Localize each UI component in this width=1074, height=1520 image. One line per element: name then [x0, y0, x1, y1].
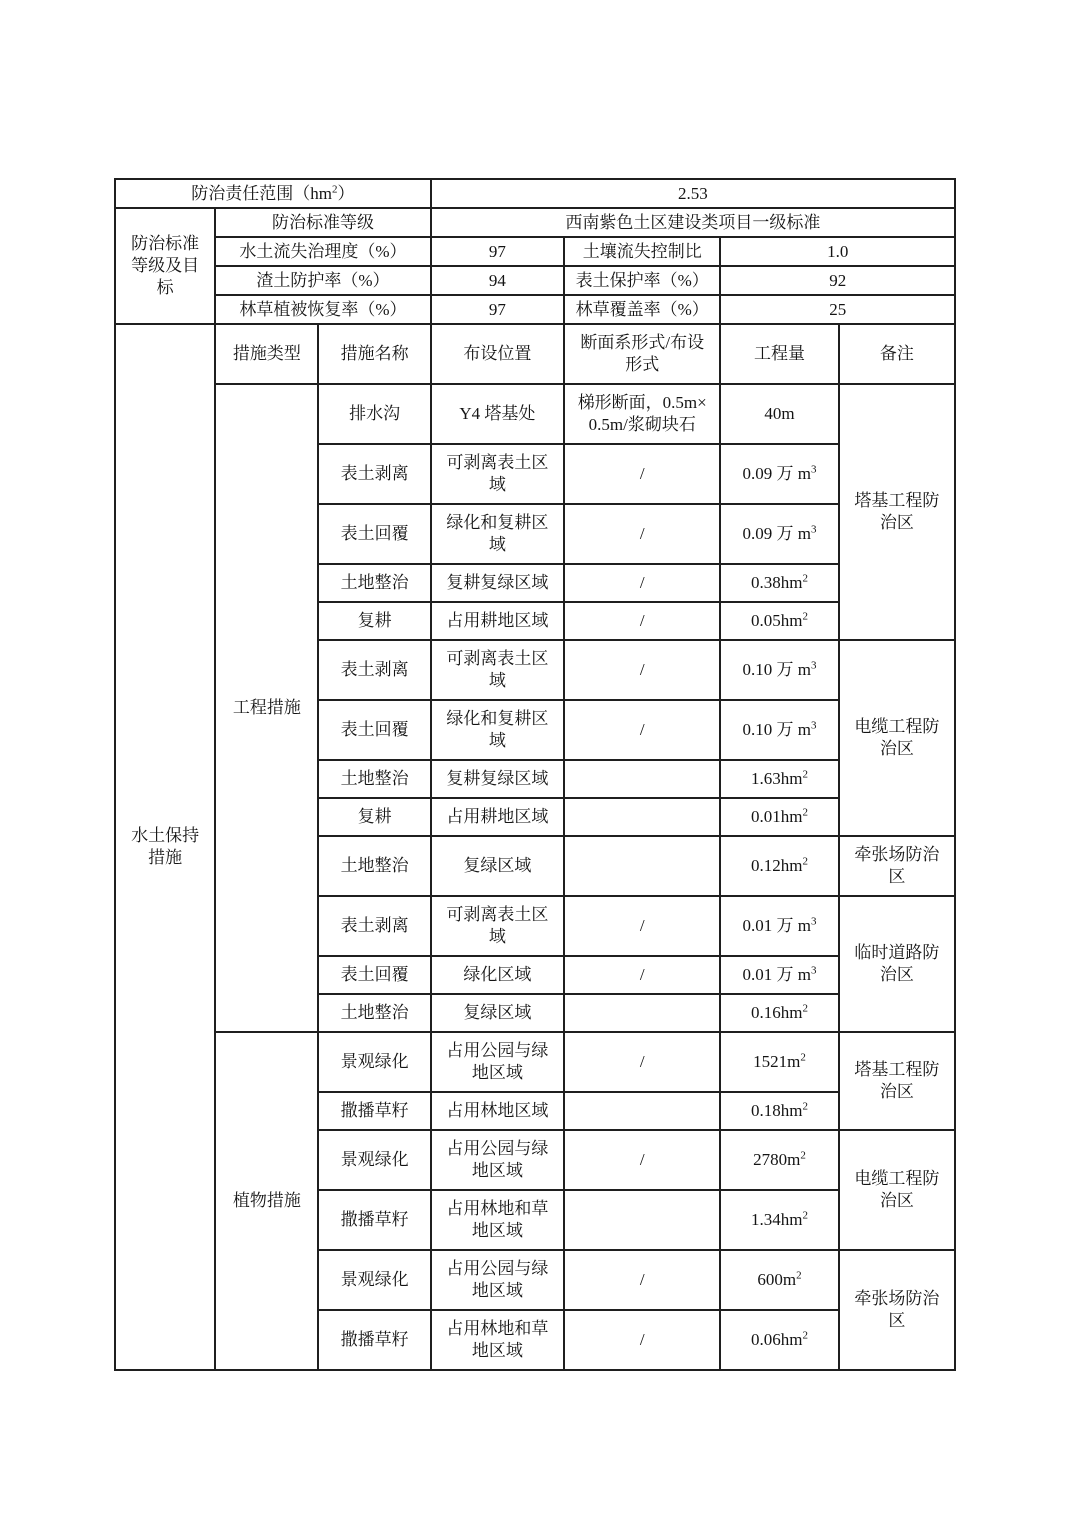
measure-name-cell: 土地整治 — [318, 836, 430, 896]
spoil-protection-label: 渣土防护率（%） — [215, 266, 431, 295]
zone-note-cell: 塔基工程防治区 — [839, 384, 955, 640]
quantity-value: 0.01 万 m — [743, 965, 811, 984]
soil-measures-label: 水土保持措施 — [115, 324, 215, 1370]
measure-form-cell — [564, 1092, 720, 1130]
measure-quantity-cell: 0.06hm2 — [720, 1310, 838, 1370]
measure-name-cell: 表土回覆 — [318, 956, 430, 994]
measure-location-cell: 可剥离表土区域 — [431, 640, 564, 700]
quantity-value: 1521m — [753, 1052, 800, 1071]
responsibility-scope-label: 防治责任范围（hm2） — [115, 179, 431, 208]
topsoil-protection-label: 表土保护率（%） — [564, 266, 720, 295]
quantity-unit-sup: 3 — [811, 719, 817, 731]
erosion-control-value: 97 — [431, 237, 564, 266]
measure-location-cell: 复绿区域 — [431, 994, 564, 1032]
erosion-control-label: 水土流失治理度（%） — [215, 237, 431, 266]
measure-name-cell: 复耕 — [318, 798, 430, 836]
spoil-protection-value: 94 — [431, 266, 564, 295]
quantity-unit-sup: 3 — [811, 659, 817, 671]
zone-note-cell: 临时道路防治区 — [839, 896, 955, 1032]
zone-note-cell: 电缆工程防治区 — [839, 1130, 955, 1250]
measure-location-cell: 复耕复绿区域 — [431, 760, 564, 798]
quantity-unit-sup: 2 — [803, 1209, 809, 1221]
measure-quantity-cell: 1521m2 — [720, 1032, 838, 1092]
measure-form-cell: / — [564, 896, 720, 956]
zone-note-cell: 牵张场防治区 — [839, 1250, 955, 1370]
measure-form-cell: / — [564, 504, 720, 564]
measure-location-cell: 绿化和复耕区域 — [431, 700, 564, 760]
measure-form-cell: 梯形断面，0.5m×0.5m/浆砌块石 — [564, 384, 720, 444]
measure-quantity-cell: 600m2 — [720, 1250, 838, 1310]
quantity-value: 0.06hm — [751, 1330, 802, 1349]
measure-location-cell: 占用公园与绿地区域 — [431, 1032, 564, 1092]
measure-form-cell: / — [564, 444, 720, 504]
quantity-unit-sup: 3 — [811, 463, 817, 475]
measure-name-cell: 景观绿化 — [318, 1250, 430, 1310]
measure-quantity-cell: 0.16hm2 — [720, 994, 838, 1032]
vegetation-recovery-label: 林草植被恢复率（%） — [215, 295, 431, 324]
quantity-unit-sup: 2 — [800, 1149, 806, 1161]
quantity-value: 0.10 万 m — [743, 660, 811, 679]
quantity-unit-sup: 2 — [803, 1100, 809, 1112]
measure-location-cell: 可剥离表土区域 — [431, 444, 564, 504]
topsoil-protection-value: 92 — [720, 266, 955, 295]
measure-form-cell: / — [564, 564, 720, 602]
header-location: 布设位置 — [431, 324, 564, 384]
header-section-form: 断面系形式/布设形式 — [564, 324, 720, 384]
measure-name-cell: 土地整治 — [318, 994, 430, 1032]
measure-form-cell: / — [564, 602, 720, 640]
measure-quantity-cell: 1.34hm2 — [720, 1190, 838, 1250]
soil-loss-ratio-value: 1.0 — [720, 237, 955, 266]
measure-form-cell — [564, 836, 720, 896]
row-standard-grade: 防治标准等级及目标 防治标准等级 西南紫色土区建设类项目一级标准 — [115, 208, 955, 237]
measure-location-cell: 可剥离表土区域 — [431, 896, 564, 956]
quantity-unit-sup: 2 — [803, 1329, 809, 1341]
measure-location-cell: 占用林地区域 — [431, 1092, 564, 1130]
measure-name-cell: 撒播草籽 — [318, 1310, 430, 1370]
measure-quantity-cell: 0.01 万 m3 — [720, 956, 838, 994]
quantity-value: 0.05hm — [751, 611, 802, 630]
measure-name-cell: 撒播草籽 — [318, 1190, 430, 1250]
quantity-value: 0.09 万 m — [743, 524, 811, 543]
measure-quantity-cell: 0.05hm2 — [720, 602, 838, 640]
measure-form-cell: / — [564, 1310, 720, 1370]
quantity-unit-sup: 2 — [803, 855, 809, 867]
standard-grade-target-label: 防治标准等级及目标 — [115, 208, 215, 324]
measure-location-cell: 复耕复绿区域 — [431, 564, 564, 602]
zone-note-cell: 塔基工程防治区 — [839, 1032, 955, 1130]
measure-location-cell: 占用林地和草地区域 — [431, 1310, 564, 1370]
measure-name-cell: 表土剥离 — [318, 640, 430, 700]
quantity-value: 1.34hm — [751, 1210, 802, 1229]
measure-quantity-cell: 1.63hm2 — [720, 760, 838, 798]
measure-quantity-cell: 40m — [720, 384, 838, 444]
measure-location-cell: 占用公园与绿地区域 — [431, 1250, 564, 1310]
measure-name-cell: 土地整治 — [318, 564, 430, 602]
measure-location-cell: 占用公园与绿地区域 — [431, 1130, 564, 1190]
measure-form-cell — [564, 994, 720, 1032]
quantity-unit-sup: 2 — [803, 806, 809, 818]
measure-form-cell: / — [564, 1032, 720, 1092]
measure-name-cell: 土地整治 — [318, 760, 430, 798]
measure-quantity-cell: 0.38hm2 — [720, 564, 838, 602]
quantity-unit-sup: 2 — [803, 1002, 809, 1014]
measure-quantity-cell: 0.09 万 m3 — [720, 504, 838, 564]
quantity-unit-sup: 3 — [811, 915, 817, 927]
row-spoil-protection: 渣土防护率（%） 94 表土保护率（%） 92 — [115, 266, 955, 295]
quantity-value: 0.10 万 m — [743, 720, 811, 739]
quantity-value: 0.16hm — [751, 1003, 802, 1022]
measure-form-cell — [564, 798, 720, 836]
measure-quantity-cell: 0.01hm2 — [720, 798, 838, 836]
vegetation-recovery-value: 97 — [431, 295, 564, 324]
measure-location-cell: 占用耕地区域 — [431, 602, 564, 640]
vegetation-coverage-value: 25 — [720, 295, 955, 324]
header-quantity: 工程量 — [720, 324, 838, 384]
responsibility-scope-value: 2.53 — [431, 179, 955, 208]
measures-header-row: 水土保持措施 措施类型 措施名称 布设位置 断面系形式/布设形式 工程量 备注 — [115, 324, 955, 384]
table-body: 防治责任范围（hm2） 2.53 防治标准等级及目标 防治标准等级 西南紫色土区… — [115, 179, 955, 1370]
measure-form-cell: / — [564, 956, 720, 994]
measure-form-cell — [564, 1190, 720, 1250]
quantity-value: 0.38hm — [751, 573, 802, 592]
measure-form-cell: / — [564, 640, 720, 700]
quantity-value: 600m — [757, 1270, 796, 1289]
header-measure-name: 措施名称 — [318, 324, 430, 384]
quantity-value: 2780m — [753, 1150, 800, 1169]
measure-form-cell: / — [564, 700, 720, 760]
responsibility-scope-label-close: ） — [337, 184, 354, 203]
measure-form-cell — [564, 760, 720, 798]
measure-name-cell: 撒播草籽 — [318, 1092, 430, 1130]
row-vegetation-recovery: 林草植被恢复率（%） 97 林草覆盖率（%） 25 — [115, 295, 955, 324]
quantity-unit-sup: 2 — [796, 1269, 802, 1281]
quantity-value: 0.12hm — [751, 856, 802, 875]
zone-note-cell: 牵张场防治区 — [839, 836, 955, 896]
standard-grade-label: 防治标准等级 — [215, 208, 431, 237]
row-erosion-control: 水土流失治理度（%） 97 土壤流失控制比 1.0 — [115, 237, 955, 266]
measure-row: 工程措施排水沟Y4 塔基处梯形断面，0.5m×0.5m/浆砌块石40m塔基工程防… — [115, 384, 955, 444]
measure-quantity-cell: 0.10 万 m3 — [720, 700, 838, 760]
header-remark: 备注 — [839, 324, 955, 384]
document-page: 防治责任范围（hm2） 2.53 防治标准等级及目标 防治标准等级 西南紫色土区… — [0, 0, 1074, 1520]
row-responsibility-scope: 防治责任范围（hm2） 2.53 — [115, 179, 955, 208]
measure-quantity-cell: 2780m2 — [720, 1130, 838, 1190]
quantity-unit-sup: 2 — [803, 610, 809, 622]
measure-type-cell: 植物措施 — [215, 1032, 318, 1370]
measure-name-cell: 排水沟 — [318, 384, 430, 444]
quantity-value: 0.01hm — [751, 807, 802, 826]
soil-loss-ratio-label: 土壤流失控制比 — [564, 237, 720, 266]
measure-quantity-cell: 0.09 万 m3 — [720, 444, 838, 504]
measure-location-cell: 占用耕地区域 — [431, 798, 564, 836]
measure-location-cell: 复绿区域 — [431, 836, 564, 896]
measure-form-cell: / — [564, 1250, 720, 1310]
quantity-unit-sup: 2 — [803, 572, 809, 584]
measure-location-cell: 绿化和复耕区域 — [431, 504, 564, 564]
quantity-value: 1.63hm — [751, 769, 802, 788]
measure-name-cell: 表土剥离 — [318, 444, 430, 504]
quantity-unit-sup: 2 — [800, 1051, 806, 1063]
measure-type-cell: 工程措施 — [215, 384, 318, 1032]
measure-form-cell: / — [564, 1130, 720, 1190]
responsibility-scope-label-text: 防治责任范围（hm — [191, 184, 332, 203]
measure-quantity-cell: 0.01 万 m3 — [720, 896, 838, 956]
measure-location-cell: 占用林地和草地区域 — [431, 1190, 564, 1250]
measure-location-cell: 绿化区域 — [431, 956, 564, 994]
quantity-value: 0.09 万 m — [743, 464, 811, 483]
vegetation-coverage-label: 林草覆盖率（%） — [564, 295, 720, 324]
measure-location-cell: Y4 塔基处 — [431, 384, 564, 444]
measure-name-cell: 景观绿化 — [318, 1032, 430, 1092]
measure-row: 植物措施景观绿化占用公园与绿地区域/1521m2塔基工程防治区 — [115, 1032, 955, 1092]
quantity-value: 40m — [764, 404, 794, 423]
quantity-value: 0.01 万 m — [743, 916, 811, 935]
measure-quantity-cell: 0.12hm2 — [720, 836, 838, 896]
measure-name-cell: 表土回覆 — [318, 700, 430, 760]
zone-note-cell: 电缆工程防治区 — [839, 640, 955, 836]
quantity-unit-sup: 2 — [803, 768, 809, 780]
quantity-unit-sup: 3 — [811, 964, 817, 976]
measure-name-cell: 表土回覆 — [318, 504, 430, 564]
soil-conservation-table: 防治责任范围（hm2） 2.53 防治标准等级及目标 防治标准等级 西南紫色土区… — [114, 178, 956, 1371]
header-measure-type: 措施类型 — [215, 324, 318, 384]
standard-grade-value: 西南紫色土区建设类项目一级标准 — [431, 208, 955, 237]
measure-quantity-cell: 0.10 万 m3 — [720, 640, 838, 700]
quantity-value: 0.18hm — [751, 1101, 802, 1120]
measure-name-cell: 景观绿化 — [318, 1130, 430, 1190]
measure-name-cell: 表土剥离 — [318, 896, 430, 956]
measure-quantity-cell: 0.18hm2 — [720, 1092, 838, 1130]
quantity-unit-sup: 3 — [811, 523, 817, 535]
measure-name-cell: 复耕 — [318, 602, 430, 640]
